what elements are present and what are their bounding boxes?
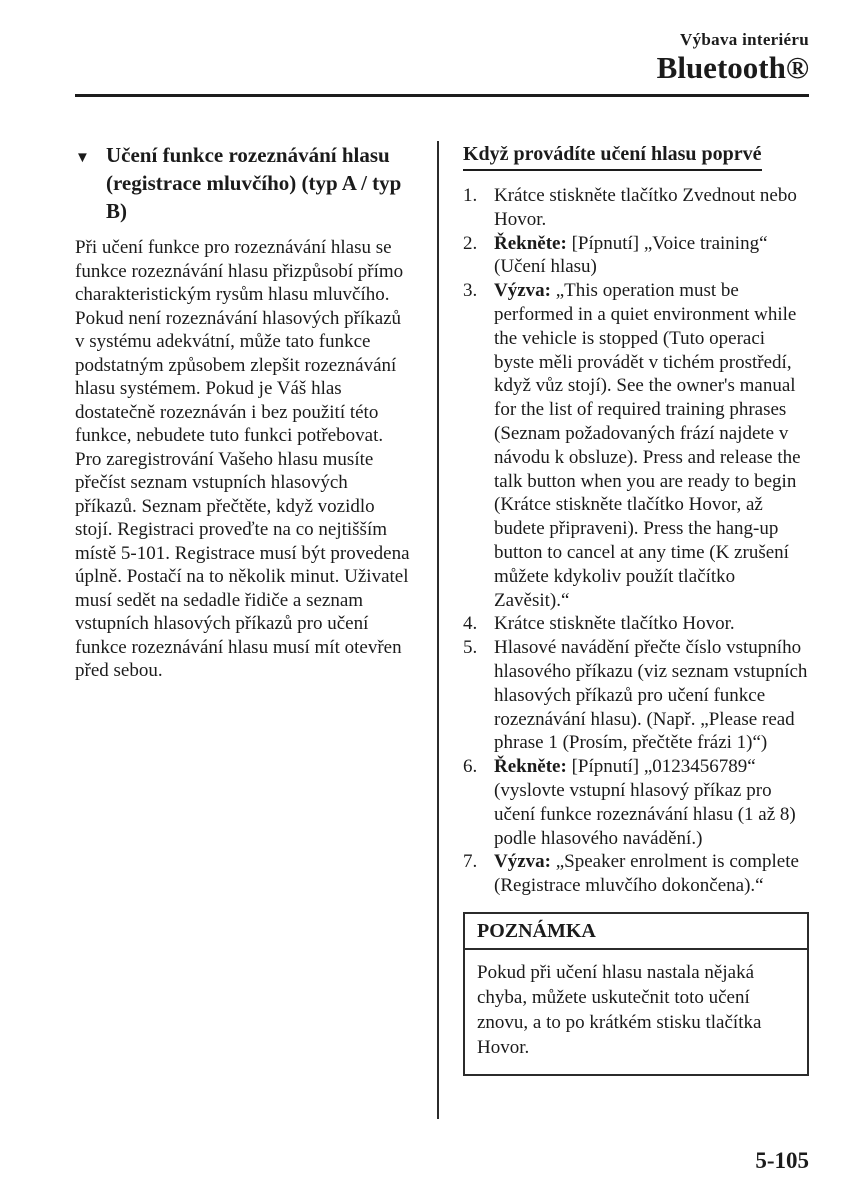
step-text: Krátce stiskněte tlačítko Zvednout nebo … — [494, 184, 809, 232]
section-heading-text: Učení funkce rozeznávání hlasu (registra… — [106, 141, 411, 225]
step-item: 5. Hlasové navádění přečte číslo vstupní… — [463, 636, 809, 755]
step-item: 2. Řekněte: [Pípnutí] „Voice training“ (… — [463, 232, 809, 280]
step-number: 1. — [463, 184, 494, 232]
step-number: 5. — [463, 636, 494, 755]
step-item: 1. Krátce stiskněte tlačítko Zvednout ne… — [463, 184, 809, 232]
manual-page: Výbava interiéru Bluetooth® ▼ Učení funk… — [0, 0, 847, 1119]
step-number: 6. — [463, 755, 494, 850]
step-text: Výzva: „Speaker enrolment is complete (R… — [494, 850, 809, 898]
left-column: ▼ Učení funkce rozeznávání hlasu (regist… — [75, 141, 411, 683]
intro-paragraph: Při učení funkce pro rozeznávání hlasu s… — [75, 236, 411, 683]
page-header: Výbava interiéru Bluetooth® — [0, 0, 847, 85]
section-label: Výbava interiéru — [75, 30, 809, 50]
step-text: Výzva: „This operation must be performed… — [494, 279, 809, 612]
right-column: Když provádíte učení hlasu poprvé 1. Krá… — [439, 141, 809, 1076]
page-number: 5-105 — [755, 1148, 809, 1174]
step-text: Krátce stiskněte tlačítko Hovor. — [494, 612, 735, 636]
subsection-heading: Když provádíte učení hlasu poprvé — [463, 141, 762, 171]
note-title: POZNÁMKA — [465, 914, 807, 950]
note-body: Pokud při učení hlasu nastala nějaká chy… — [465, 950, 807, 1074]
steps-list: 1. Krátce stiskněte tlačítko Zvednout ne… — [463, 184, 809, 898]
content-columns: ▼ Učení funkce rozeznávání hlasu (regist… — [75, 141, 809, 1119]
triangle-marker-icon: ▼ — [75, 141, 106, 225]
step-item: 6. Řekněte: [Pípnutí] „0123456789“ (vysl… — [463, 755, 809, 850]
step-number: 2. — [463, 232, 494, 280]
step-number: 7. — [463, 850, 494, 898]
step-item: 7. Výzva: „Speaker enrolment is complete… — [463, 850, 809, 898]
header-rule — [75, 94, 809, 97]
step-number: 4. — [463, 612, 494, 636]
step-text: Hlasové navádění přečte číslo vstupního … — [494, 636, 809, 755]
section-heading: ▼ Učení funkce rozeznávání hlasu (regist… — [75, 141, 411, 225]
step-item: 3. Výzva: „This operation must be perfor… — [463, 279, 809, 612]
page-title: Bluetooth® — [75, 51, 809, 85]
step-text: Řekněte: [Pípnutí] „0123456789“ (vyslovt… — [494, 755, 809, 850]
step-item: 4. Krátce stiskněte tlačítko Hovor. — [463, 612, 809, 636]
step-number: 3. — [463, 279, 494, 612]
note-box: POZNÁMKA Pokud při učení hlasu nastala n… — [463, 912, 809, 1076]
step-text: Řekněte: [Pípnutí] „Voice training“ (Uče… — [494, 232, 809, 280]
